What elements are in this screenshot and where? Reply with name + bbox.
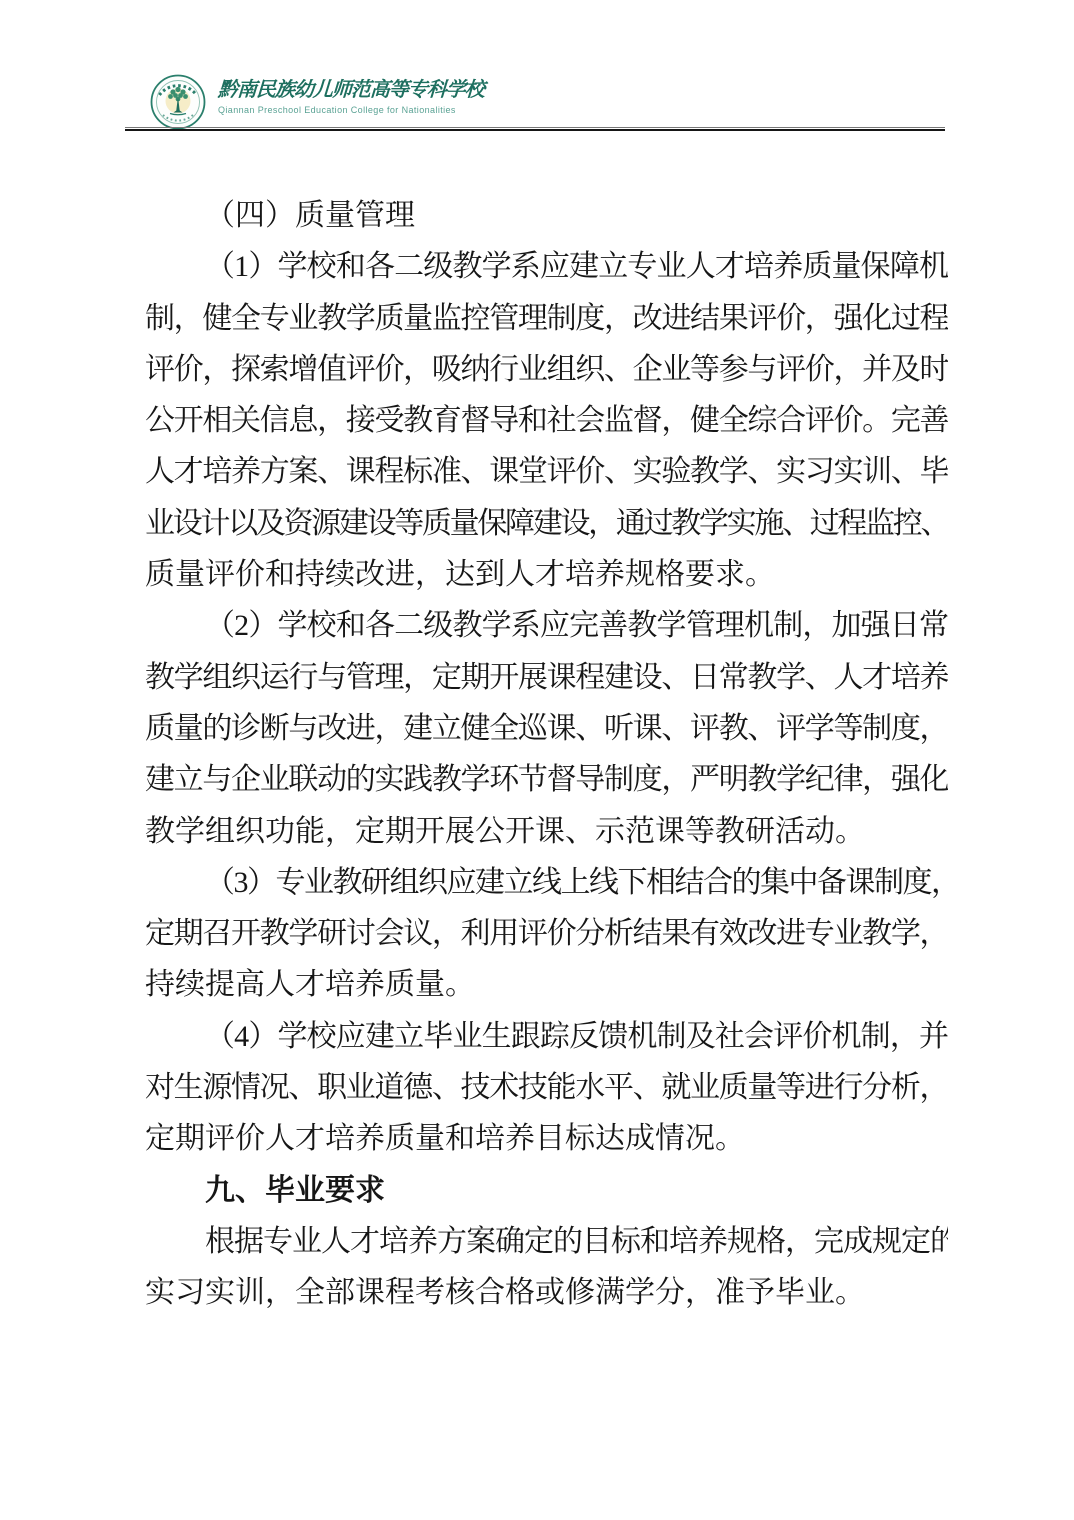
paragraph-line: （4）学校应建立毕业生跟踪反馈机制及社会评价机制，并 xyxy=(145,1011,948,1062)
paragraph-line: 对生源情况、职业道德、技术技能水平、就业质量等进行分析， xyxy=(145,1062,948,1113)
school-name-block: 黔南民族幼儿师范高等专科学校 Qiannan Preschool Educati… xyxy=(218,76,638,116)
paragraph-line: 公开相关信息，接受教育督导和社会监督，健全综合评价。完善 xyxy=(145,395,948,446)
paragraph-line: 业设计以及资源建设等质量保障建设，通过教学实施、过程监控、 xyxy=(145,498,948,549)
paragraph-line: （3）专业教研组织应建立线上线下相结合的集中备课制度， xyxy=(145,857,948,908)
paragraph-line: 质量评价和持续改进，达到人才培养规格要求。 xyxy=(145,549,948,600)
paragraph-line: 持续提高人才培养质量。 xyxy=(145,959,948,1010)
document-page: 黔南民族幼儿师范高等专科学校 Qiannan Preschool Educati… xyxy=(0,0,1074,1520)
paragraph-line: 教学组织功能，定期开展公开课、示范课等教研活动。 xyxy=(145,806,948,857)
paragraph-line: 实习实训，全部课程考核合格或修满学分，准予毕业。 xyxy=(145,1267,948,1318)
paragraph-line: 教学组织运行与管理，定期开展课程建设、日常教学、人才培养 xyxy=(145,652,948,703)
paragraph-line: 建立与企业联动的实践教学环节督导制度，严明教学纪律，强化 xyxy=(145,754,948,805)
document-body: （四）质量管理 （1）学校和各二级教学系应建立专业人才培养质量保障机 制，健全专… xyxy=(145,190,948,1319)
chapter-heading: 九、毕业要求 xyxy=(145,1165,948,1216)
paragraph-line: 质量的诊断与改进，建立健全巡课、听课、评教、评学等制度， xyxy=(145,703,948,754)
header-divider xyxy=(125,127,945,132)
section-heading: （四）质量管理 xyxy=(145,190,948,241)
paragraph-line: （2）学校和各二级教学系应完善教学管理机制，加强日常 xyxy=(145,600,948,651)
paragraph-line: 根据专业人才培养方案确定的目标和培养规格，完成规定的 xyxy=(145,1216,948,1267)
paragraph-line: 定期召开教学研讨会议，利用评价分析结果有效改进专业教学， xyxy=(145,908,948,959)
paragraph-line: 定期评价人才培养质量和培养目标达成情况。 xyxy=(145,1113,948,1164)
school-name-chinese: 黔南民族幼儿师范高等专科学校 xyxy=(217,76,638,104)
paragraph-line: （1）学校和各二级教学系应建立专业人才培养质量保障机 xyxy=(145,241,948,292)
paragraph-line: 制，健全专业教学质量监控管理制度，改进结果评价，强化过程 xyxy=(145,293,948,344)
paragraph-line: 人才培养方案、课程标准、课堂评价、实验教学、实习实训、毕 xyxy=(145,446,948,497)
school-seal-icon xyxy=(150,74,206,130)
paragraph-line: 评价，探索增值评价，吸纳行业组织、企业等参与评价，并及时 xyxy=(145,344,948,395)
school-name-english: Qiannan Preschool Education College for … xyxy=(218,104,638,116)
